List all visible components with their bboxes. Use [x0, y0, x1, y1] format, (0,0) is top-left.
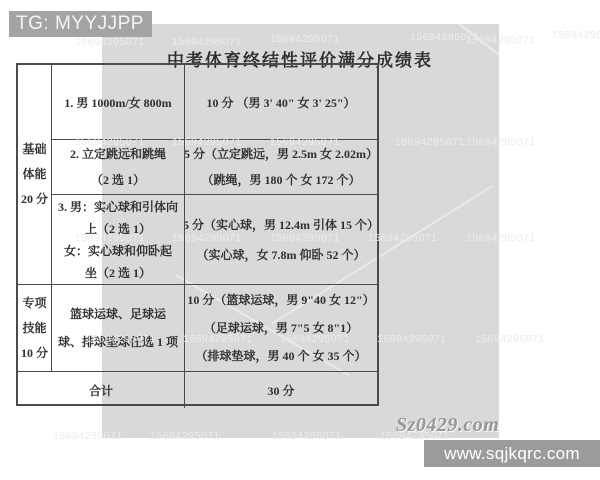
- category-line: 基础: [22, 137, 46, 162]
- item-line: 1. 男 1000m/女 800m: [64, 94, 171, 111]
- score-line: （排球垫球，男 40 个 女 35 个）: [195, 342, 366, 370]
- score-line: （实心球，女 7.8m 仰卧 52 个）: [197, 240, 366, 270]
- score-table: 基础 体能 20 分 专项 技能 10 分 1. 男 1000m/女 800m …: [16, 63, 379, 406]
- item-line: 篮球运球、足球运: [70, 300, 166, 328]
- item-cell-ball-throw: 3. 男：实心球和引体向 上（2 选 1） 女：实心球和仰卧起 坐（2 选 1）: [52, 195, 185, 285]
- category-line: 20 分: [21, 187, 48, 212]
- total-value-cell: 30 分: [185, 372, 377, 408]
- score-cell-ball-skills: 10 分（篮球运球，男 9"40 女 12"） （足球运球，男 7"5 女 8"…: [185, 285, 377, 372]
- watermark-text: 15694295071: [552, 29, 600, 41]
- item-line: 女：实心球和仰卧起: [64, 240, 172, 262]
- item-line: 上（2 选 1）: [85, 218, 151, 240]
- item-line: 3. 男：实心球和引体向: [58, 196, 178, 218]
- score-line: （跳绳，男 180 个 女 172 个）: [201, 167, 360, 193]
- score-line: （足球运球，男 7"5 女 8"1）: [204, 314, 358, 342]
- category-line: 体能: [22, 162, 46, 187]
- category-line: 10 分: [21, 341, 48, 366]
- item-cell-ball-skills: 篮球运球、足球运 球、排球垫球任选 1 项: [52, 285, 185, 372]
- item-cell-jump-rope: 2. 立定跳远和跳绳 （2 选 1）: [52, 140, 185, 195]
- item-line: 2. 立定跳远和跳绳: [70, 141, 166, 167]
- sz0429-watermark: Sz0429.com: [396, 414, 499, 437]
- item-cell-running: 1. 男 1000m/女 800m: [52, 65, 185, 140]
- category-line: 专项: [22, 291, 46, 316]
- score-cell-running: 10 分 （男 3' 40" 女 3' 25"）: [185, 65, 377, 140]
- score-line: 5 分（实心球，男 12.4m 引体 15 个）: [185, 210, 377, 240]
- item-line: 球、排球垫球任选 1 项: [58, 328, 178, 356]
- site-url-bar: www.sqjkqrc.com: [424, 440, 600, 467]
- total-value: 30 分: [267, 382, 294, 399]
- total-label: 合计: [89, 382, 113, 399]
- category-line: 技能: [22, 316, 46, 341]
- score-cell-jump-rope: 5 分（立定跳远，男 2.5m 女 2.02m） （跳绳，男 180 个 女 1…: [185, 140, 377, 195]
- category-cell-special-skills: 专项 技能 10 分: [18, 285, 52, 372]
- total-label-cell: 合计: [18, 372, 185, 408]
- score-line: 5 分（立定跳远，男 2.5m 女 2.02m）: [185, 141, 377, 167]
- score-line: 10 分（篮球运球，男 9"40 女 12"）: [187, 286, 374, 314]
- category-cell-basic-fitness: 基础 体能 20 分: [18, 65, 52, 285]
- item-line: 坐（2 选 1）: [85, 262, 151, 284]
- score-cell-ball-throw: 5 分（实心球，男 12.4m 引体 15 个） （实心球，女 7.8m 仰卧 …: [185, 195, 377, 285]
- score-line: 10 分 （男 3' 40" 女 3' 25"）: [207, 94, 356, 111]
- tg-contact-badge: TG: MYYJJPP: [9, 11, 152, 37]
- item-line: （2 选 1）: [91, 167, 145, 193]
